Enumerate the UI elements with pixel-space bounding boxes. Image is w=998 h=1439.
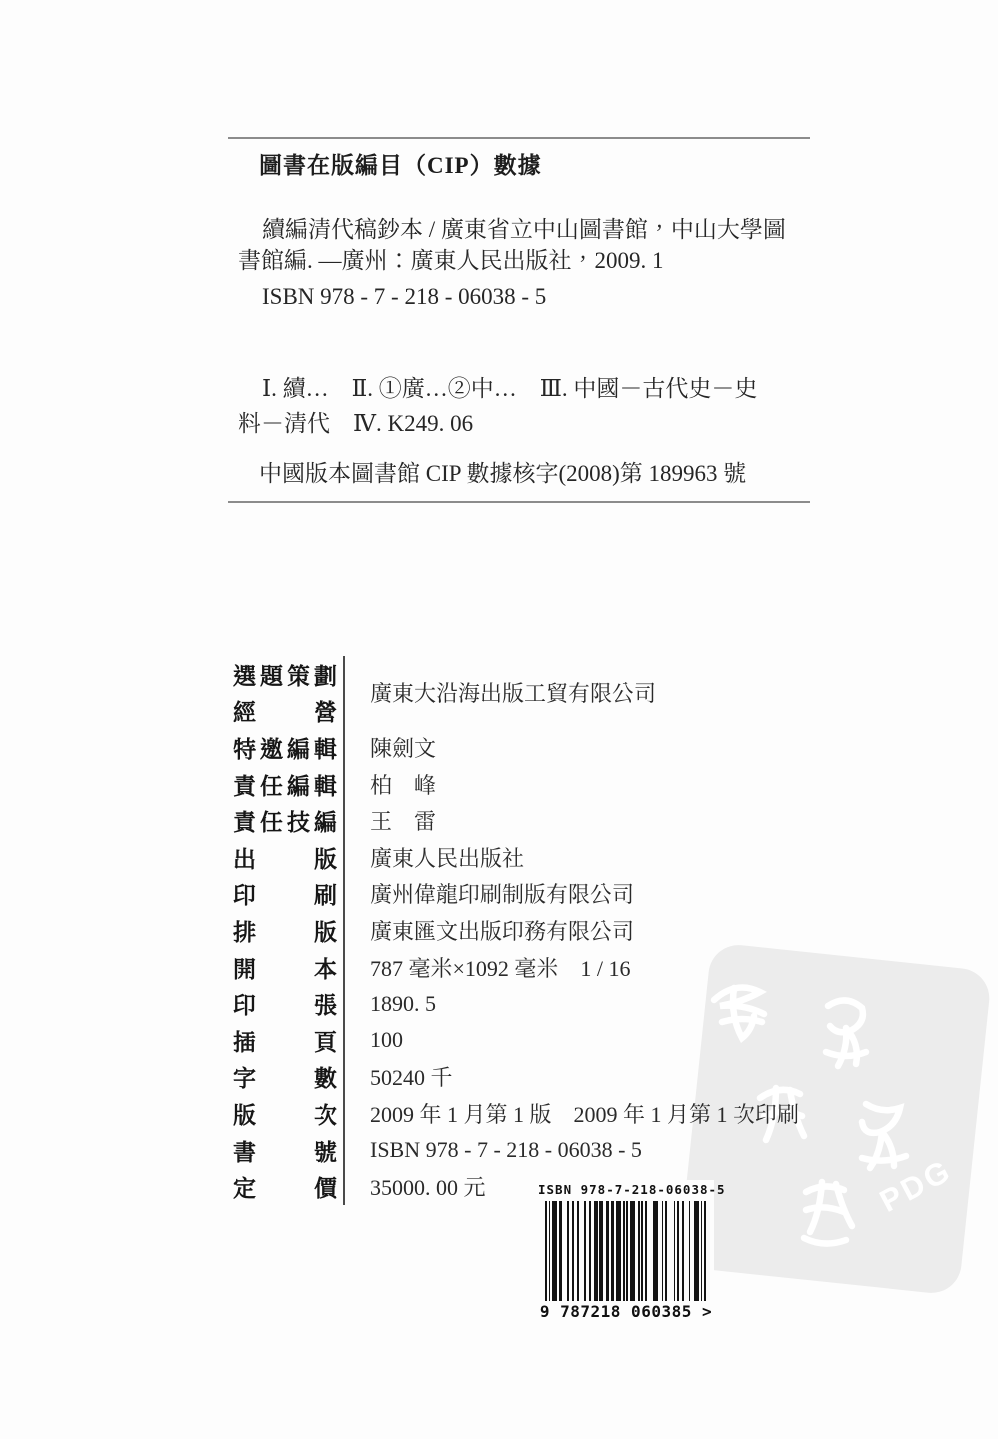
colophon-value: 廣東人民出版社 [345, 839, 524, 876]
colophon-row: 版次2009 年 1 月第 1 版 2009 年 1 月第 1 次印刷 [233, 1095, 799, 1132]
barcode-digits: 9 787218 060385 > [538, 1302, 714, 1321]
colophon-value: 陳劍文 [345, 729, 436, 766]
colophon-value: ISBN 978 - 7 - 218 - 06038 - 5 [345, 1132, 642, 1169]
cip-classification: Ⅰ. 續… Ⅱ. ①廣…②中… Ⅲ. 中國－古代史－史 料－清代 Ⅳ. K249… [238, 371, 757, 441]
cip-isbn-line: ISBN 978 - 7 - 218 - 06038 - 5 [262, 284, 546, 310]
colophon-label: 插頁 [233, 1022, 345, 1059]
colophon-value: 2009 年 1 月第 1 版 2009 年 1 月第 1 次印刷 [345, 1095, 799, 1132]
colophon-label: 版次 [233, 1095, 345, 1132]
colophon-value: 柏 峰 [345, 766, 436, 803]
colophon-row: 印刷廣州偉龍印刷制版有限公司 [233, 876, 799, 913]
colophon-value: 1890. 5 [345, 985, 436, 1022]
colophon-label: 排版 [233, 912, 345, 949]
colophon-label: 責任編輯 [233, 766, 345, 803]
colophon-row: 出版廣東人民出版社 [233, 839, 799, 876]
cip-class-line-2: 料－清代 Ⅳ. K249. 06 [238, 406, 757, 441]
colophon-row: 開本787 毫米×1092 毫米 1 / 16 [233, 949, 799, 986]
colophon-label: 書號 [233, 1132, 345, 1169]
colophon-value: 廣東大沿海出版工貿有限公司 [345, 656, 656, 729]
barcode-isbn-label: ISBN 978-7-218-06038-5 [538, 1182, 714, 1197]
colophon-label: 字數 [233, 1059, 345, 1096]
colophon-label: 選題策劃經營 [233, 656, 345, 729]
colophon-row: 責任編輯柏 峰 [233, 766, 799, 803]
colophon-label: 印刷 [233, 876, 345, 913]
isbn-barcode: ISBN 978-7-218-06038-5 9 787218 060385 > [538, 1180, 714, 1325]
colophon-row: 插頁100 [233, 1022, 799, 1059]
colophon-value: 廣州偉龍印刷制版有限公司 [345, 876, 634, 913]
cip-record-number: 中國版本圖書館 CIP 數據核字(2008)第 189963 號 [259, 455, 746, 488]
colophon-label: 出版 [233, 839, 345, 876]
colophon-row: 字數50240 千 [233, 1059, 799, 1096]
cip-top-rule [228, 137, 810, 139]
colophon-row: 書號ISBN 978 - 7 - 218 - 06038 - 5 [233, 1132, 799, 1169]
colophon-row: 選題策劃經營廣東大沿海出版工貿有限公司 [233, 656, 799, 729]
colophon-value: 王 雷 [345, 802, 436, 839]
colophon-value: 35000. 00 元 [345, 1168, 486, 1205]
colophon-label: 開本 [233, 949, 345, 986]
colophon-row: 印張1890. 5 [233, 985, 799, 1022]
book-copyright-page: PDG 圖書在版編目（CIP）數據 續編清代稿鈔本 / 廣東省立中山圖書館，中山… [0, 0, 998, 1439]
cip-bottom-rule [228, 501, 810, 503]
colophon-label: 定價 [233, 1168, 345, 1205]
colophon-rows: 選題策劃經營廣東大沿海出版工貿有限公司特邀編輯陳劍文責任編輯柏 峰責任技編王 雷… [233, 656, 799, 1205]
colophon-row: 排版廣東匯文出版印務有限公司 [233, 912, 799, 949]
barcode-bars [545, 1201, 707, 1301]
colophon-value: 廣東匯文出版印務有限公司 [345, 912, 634, 949]
colophon-label: 責任技編 [233, 802, 345, 839]
cip-title: 圖書在版編目（CIP）數據 [259, 147, 542, 180]
colophon-section: 選題策劃經營廣東大沿海出版工貿有限公司特邀編輯陳劍文責任編輯柏 峰責任技編王 雷… [233, 656, 799, 1205]
colophon-row: 特邀編輯陳劍文 [233, 729, 799, 766]
cip-record-line-1: 續編清代稿鈔本 / 廣東省立中山圖書館，中山大學圖 [238, 214, 786, 245]
cip-record-paragraph: 續編清代稿鈔本 / 廣東省立中山圖書館，中山大學圖 書館編. —廣州：廣東人民出… [238, 214, 786, 276]
cip-class-line-1: Ⅰ. 續… Ⅱ. ①廣…②中… Ⅲ. 中國－古代史－史 [238, 371, 757, 406]
colophon-row: 責任技編王 雷 [233, 802, 799, 839]
colophon-value: 100 [345, 1022, 403, 1059]
colophon-label: 印張 [233, 985, 345, 1022]
colophon-value: 50240 千 [345, 1059, 453, 1096]
colophon-label: 特邀編輯 [233, 729, 345, 766]
colophon-value: 787 毫米×1092 毫米 1 / 16 [345, 949, 631, 986]
cip-record-line-2: 書館編. —廣州：廣東人民出版社，2009. 1 [238, 245, 786, 276]
